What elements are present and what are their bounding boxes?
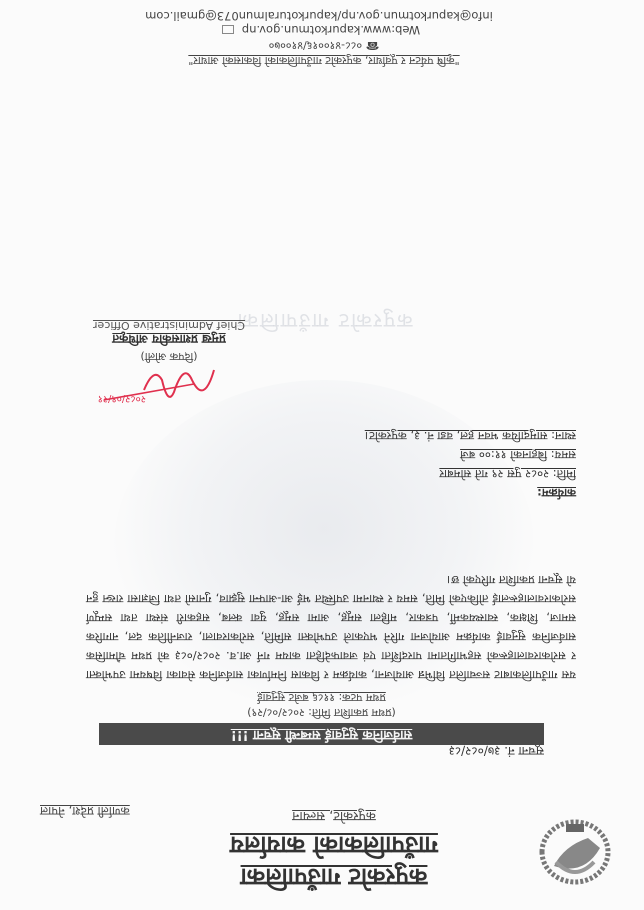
schedule-date: मिति: २०८२ पुस २९ गते सोमबार [246, 464, 576, 483]
signatory-name: (दिपक ओली) [94, 349, 244, 364]
publication-note: प्रथम पटक: ११८६ बजेट सुनुवाई [99, 690, 544, 705]
scanned-notice-page: कपुरकोट गाउँपालिका कपुरकोट गाउँपालिका गा… [0, 0, 644, 910]
municipality-name: कपुरकोट गाउँपालिका [184, 861, 484, 894]
signatory-title: प्रमुख प्रशासकीय अधिकृत [74, 331, 264, 348]
mail-icon [222, 25, 234, 34]
province-name: कर्णाली प्रदेश, नेपाल [40, 803, 200, 820]
schedule-time: समय: बिहानको ११:०० बजे [246, 445, 576, 464]
website-link[interactable]: Web:www.kapurkotmun.gov.np [242, 23, 420, 37]
schedule-label: कार्यक्रम: [246, 483, 576, 502]
handwritten-signature: २०८२/०९/२१ [84, 360, 254, 410]
signature-date: २०८२/०९/२१ [98, 393, 146, 404]
email-link[interactable]: info@kapurkotmun.gov.np/kapurkoturalmun0… [145, 9, 493, 23]
signatory-title-english: Chief Administrative Officer [74, 319, 264, 332]
notice-reference-number: सूचना नं. ३७/०८२/८३ [449, 743, 544, 760]
notice-body: यस गाउँपालिकाबाट सञ्चालित विभिन्न आयोजना… [86, 570, 576, 684]
nepal-emblem-icon [536, 814, 614, 888]
office-address: कपुरकोट, सल्यान [224, 808, 444, 826]
event-schedule: कार्यक्रम: मिति: २०८२ पुस २९ गते सोमबार … [246, 426, 576, 502]
footer-phone: ☎ ०८८-४१००१६/४१००७० [204, 38, 444, 53]
notice-banner-title: सार्वजनिक सुनुवाई सम्बन्धी सूचना !!! [99, 723, 544, 745]
schedule-venue: स्थान: सामुदायिक भवन हल, वडा नं. ३, कपुर… [246, 426, 576, 445]
published-date: (प्रथम प्रकाशित मिति: २०८२/०८/२९) [99, 705, 544, 720]
footer-contact: Web:www.kapurkotmun.gov.npinfo@kapurkotm… [54, 9, 584, 37]
footer-slogan: "कृषि पर्यटन र पूर्वाधार, कपुरकोट गाउँपा… [154, 53, 494, 68]
office-name: गाउँपालिकाको कार्यालय [174, 829, 494, 862]
